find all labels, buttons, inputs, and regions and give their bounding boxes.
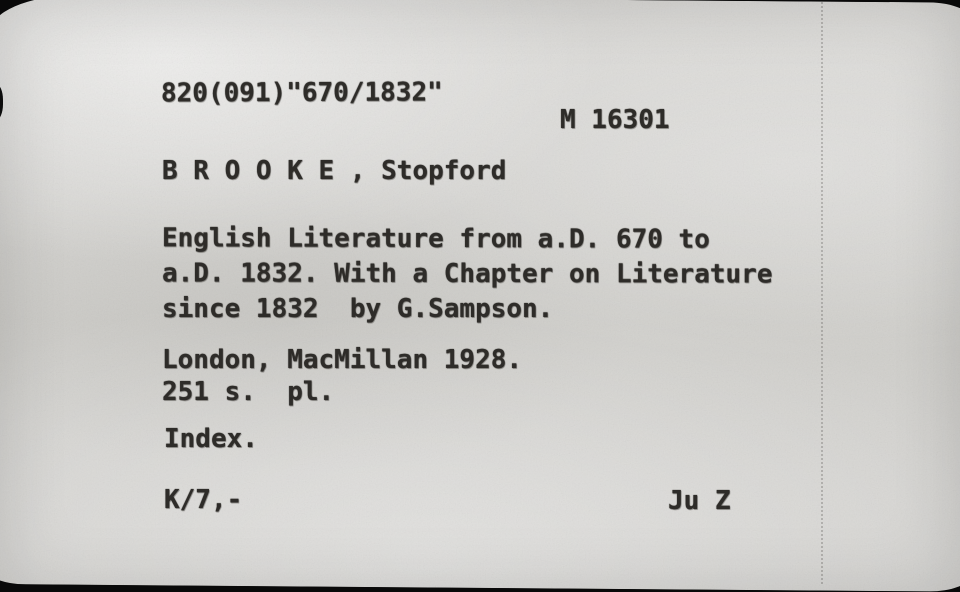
imprint-line: London, MacMillan 1928.	[162, 345, 522, 375]
collation-line: 251 s. pl.	[162, 377, 334, 407]
index-note: Index.	[164, 424, 258, 454]
price-mark: K/7,-	[164, 485, 242, 515]
photographed-catalog-card: 820(091)"670/1832" M 16301 B R O O K E ,…	[0, 0, 960, 592]
card-typed-content: 820(091)"670/1832" M 16301 B R O O K E ,…	[0, 0, 960, 592]
title-line-3: since 1832 by G.Sampson.	[162, 294, 553, 324]
accession-number: M 16301	[560, 105, 670, 135]
title-line-2: a.D. 1832. With a Chapter on Literature	[162, 258, 773, 289]
title-line-1: English Literature from a.D. 670 to	[162, 223, 710, 254]
location-mark: Ju Z	[668, 486, 731, 516]
classification-number: 820(091)"670/1832"	[161, 78, 443, 109]
author-heading: B R O O K E , Stopford	[162, 156, 506, 186]
